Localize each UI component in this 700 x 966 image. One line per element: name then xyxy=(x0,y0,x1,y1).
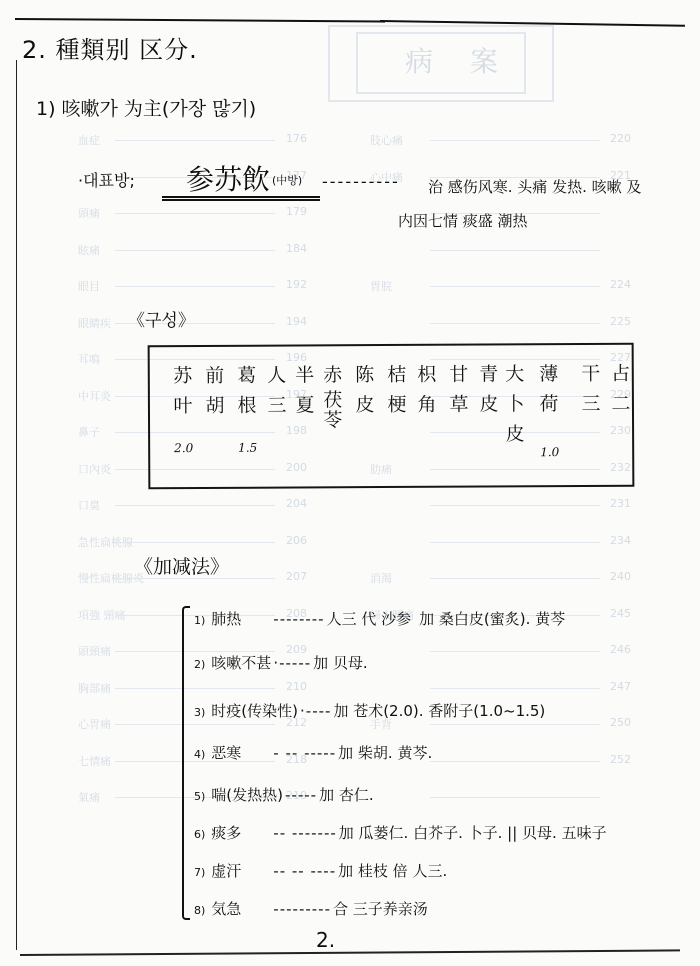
ghost-entry-right-number: 240 xyxy=(610,570,631,583)
ghost-leader-line xyxy=(430,761,600,762)
ghost-entry-left-number: 210 xyxy=(286,680,307,693)
herb-name-bottom: 二 xyxy=(608,389,634,419)
item-condition: 喘(发热热) xyxy=(211,784,283,805)
item-leader-dashes: -- ------- xyxy=(273,824,336,842)
item-condition: 虚汗 xyxy=(211,860,271,881)
herb-name-bottom: 三 xyxy=(578,389,604,419)
ghost-entry-right-number: 231 xyxy=(610,497,631,510)
ghost-leader-line xyxy=(430,250,600,251)
herb-name-top: 占 xyxy=(608,359,634,389)
ghost-entry-right-number: 245 xyxy=(610,607,631,620)
herb-name-bottom: 皮 xyxy=(502,419,528,449)
herb-column: 干三 xyxy=(578,359,604,419)
ghost-entry-left-number: 207 xyxy=(286,570,307,583)
ghost-entry-right-number: 234 xyxy=(610,534,631,547)
item-condition: 気急 xyxy=(211,898,271,919)
ghost-entry-left-number: 194 xyxy=(286,315,307,328)
herb-name-bottom: 角 xyxy=(414,390,440,420)
ghost-entry-left-number: 204 xyxy=(286,497,307,510)
herb-name-top: 干 xyxy=(578,359,604,389)
formula-origin-note: (中방) xyxy=(272,172,302,188)
herb-name-bottom: 草 xyxy=(446,390,472,420)
leader-dashes: ---------- xyxy=(322,172,400,191)
ghost-entry-left: 眼目 xyxy=(78,278,100,294)
item-leader-dashes: ·----- xyxy=(273,654,311,672)
herb-name-bottom: 胡 xyxy=(202,391,228,421)
item-leader-dashes: ·---- xyxy=(300,702,331,720)
item-extra: 加 桑白皮(蜜炙). 黄芩 xyxy=(419,610,565,628)
modification-item: 7)虚汗-- -- ----加 桂枝 倍 人三. xyxy=(194,860,455,881)
item-number: 3) xyxy=(194,706,205,719)
item-number: 7) xyxy=(194,866,205,879)
ghost-entry-left: 耳鳴 xyxy=(78,351,100,367)
herb-column: 薄荷 xyxy=(536,359,562,419)
herb-name-top: 葛 xyxy=(234,361,260,391)
herb-column: 甘草 xyxy=(446,360,472,420)
ghost-leader-line xyxy=(430,505,600,506)
herb-column: 大卜皮 xyxy=(502,359,528,449)
ghost-entry-right: 胃脘 xyxy=(370,278,392,294)
herb-name-top: 赤 xyxy=(320,360,346,390)
ghost-leader-line xyxy=(430,140,600,141)
ghost-title-text: 病 案 xyxy=(405,40,512,80)
herb-dose: 1.0 xyxy=(540,445,559,459)
formula-double-underline xyxy=(162,196,320,198)
herb-name-bottom: 皮 xyxy=(476,389,502,419)
item-condition: 咳嗽不甚 xyxy=(211,652,271,673)
item-number: 8) xyxy=(194,904,205,917)
item-action: 加 柴胡. 黄芩. xyxy=(338,744,432,762)
herb-column: 葛根 xyxy=(234,361,260,421)
item-leader-dashes: -------- xyxy=(273,610,324,628)
ghost-entry-left: 眼睛疾 xyxy=(78,315,111,331)
section-title: 2. 種類别 区分. xyxy=(22,30,198,65)
herb-name-bottom: 三 xyxy=(264,391,290,421)
herb-name-bottom: 梗 xyxy=(384,390,410,420)
item-condition: 痰多 xyxy=(211,822,271,843)
item-number: 1) xyxy=(194,614,205,627)
ghost-entry-right: 肢心痛 xyxy=(370,132,403,148)
modification-item: 5)喘(发热热)-----加 杏仁. xyxy=(194,784,382,805)
ghost-leader-line xyxy=(430,688,600,689)
ghost-entry-left-number: 206 xyxy=(286,534,307,547)
modification-item: 2)咳嗽不甚·-----加 贝母. xyxy=(194,652,376,673)
item-condition: 时疫(传染性) xyxy=(211,700,298,721)
ghost-leader-line xyxy=(115,542,275,543)
herb-name-top: 枳 xyxy=(414,360,440,390)
ghost-entry-left: 心胃痛 xyxy=(78,716,111,732)
ghost-entry-right-number: 225 xyxy=(610,315,631,328)
ghost-entry-right-number: 246 xyxy=(610,643,631,656)
ghost-entry-left: 口臭 xyxy=(78,497,100,513)
item-number: 6) xyxy=(194,828,205,841)
ghost-entry-right: 消渴 xyxy=(370,570,392,586)
ghost-entry-left: 血症 xyxy=(78,132,100,148)
item-action: 加 瓜蒌仁. 白芥子. 卜子. || 贝母. 五味子 xyxy=(339,824,607,842)
herb-column: 占二 xyxy=(608,359,634,419)
ghost-entry-left: 頭頸痛 xyxy=(78,643,111,659)
item-action: 人三 代 沙参 xyxy=(327,610,412,628)
item-action: 加 贝母. xyxy=(313,654,368,672)
herb-column: 陈皮 xyxy=(352,360,378,420)
item-number: 2) xyxy=(194,658,205,671)
herb-column: 半夏 xyxy=(292,360,318,420)
item-action: 加 桂枝 倍 人三. xyxy=(338,862,447,880)
ghost-entry-right-number: 250 xyxy=(610,716,631,729)
herb-name-top: 薄 xyxy=(536,359,562,389)
representative-formula-label: ·대표방; xyxy=(78,168,135,191)
top-border-line xyxy=(15,18,385,23)
left-margin-line xyxy=(16,60,17,950)
ghost-leader-line xyxy=(115,505,275,506)
herb-name-top: 陈 xyxy=(352,360,378,390)
indication-line-2: 内因七情 痰盛 潮热 xyxy=(398,210,528,231)
ghost-leader-line xyxy=(115,724,275,725)
page-number: 2. xyxy=(316,928,335,952)
herb-dose: 2.0 xyxy=(174,441,193,455)
herb-column: 枳角 xyxy=(414,360,440,420)
item-number: 4) xyxy=(194,748,205,761)
herb-name-top: 甘 xyxy=(446,360,472,390)
ghost-leader-line xyxy=(430,323,600,324)
herb-column: 苏叶 xyxy=(170,361,196,421)
ghost-leader-line xyxy=(430,797,600,798)
ghost-entry-left: 眩痛 xyxy=(78,242,100,258)
ghost-entry-left: 七情痛 xyxy=(78,753,111,769)
ghost-entry-left: 鼻子 xyxy=(78,424,100,440)
herb-column: 前胡 xyxy=(202,361,228,421)
herb-name-top: 前 xyxy=(202,361,228,391)
representative-formula-name: 参苏飲 xyxy=(186,158,270,198)
item-number: 5) xyxy=(194,790,205,803)
ghost-entry-right-number: 252 xyxy=(610,753,631,766)
herb-column: 桔梗 xyxy=(384,360,410,420)
modification-item: 6)痰多-- -------加 瓜蒌仁. 白芥子. 卜子. || 贝母. 五味子 xyxy=(194,822,615,843)
ghost-leader-line xyxy=(115,213,275,214)
herb-name-bottom: 皮 xyxy=(352,390,378,420)
item-leader-dashes: ----- xyxy=(285,786,317,804)
ghost-entry-left: 口內炎 xyxy=(78,461,111,477)
herb-column: 赤茯苓 xyxy=(320,360,346,430)
herb-name-bottom: 夏 xyxy=(292,390,318,420)
item-condition: 肺热 xyxy=(211,608,271,629)
ghost-entry-left: 胸部痛 xyxy=(78,680,111,696)
ghost-entry-left: 氣痛 xyxy=(78,789,100,805)
modification-item: 3)时疫(传染性)·----加 苍术(2.0). 香附子(1.0~1.5) xyxy=(194,700,553,721)
herb-name-top: 人 xyxy=(264,361,290,391)
herb-name-top: 青 xyxy=(476,359,502,389)
item-action: 加 苍术(2.0). 香附子(1.0~1.5) xyxy=(333,702,545,720)
herb-name-top: 苏 xyxy=(170,361,196,391)
herb-name-bottom: 荷 xyxy=(536,389,562,419)
modifications-heading: 《加减法》 xyxy=(134,552,229,579)
ghost-leader-line xyxy=(430,651,600,652)
ghost-entry-right-number: 247 xyxy=(610,680,631,693)
herb-column: 青皮 xyxy=(476,359,502,419)
item-leader-dashes: --------- xyxy=(273,900,331,918)
item-action: 合 三子养亲汤 xyxy=(333,900,428,918)
herb-name-top: 桔 xyxy=(384,360,410,390)
ghost-leader-line xyxy=(430,542,600,543)
ghost-leader-line xyxy=(115,140,275,141)
item-leader-dashes: - -- ----- xyxy=(273,744,336,762)
ghost-leader-line xyxy=(430,724,600,725)
subsection-title: 1) 咳嗽가 为主(가장 많기) xyxy=(36,94,256,121)
herb-name-top: 大卜 xyxy=(502,359,528,419)
ghost-entry-left-number: 192 xyxy=(286,278,307,291)
modifications-bracket xyxy=(182,606,190,920)
ghost-entry-right-number: 224 xyxy=(610,278,631,291)
composition-box: 苏叶2.0前胡葛根1.5人三半夏赤茯苓陈皮桔梗枳角甘草青皮大卜皮薄荷1.0干三占… xyxy=(148,343,635,490)
modification-item: 8)気急---------合 三子养亲汤 xyxy=(194,898,436,919)
ghost-entry-left-number: 176 xyxy=(286,132,307,145)
ghost-leader-line xyxy=(430,286,600,287)
bottom-border-line xyxy=(20,949,680,956)
herb-name-bottom: 叶 xyxy=(170,391,196,421)
scanned-page: 病 案 血症176肢心痛220177心中痛221頭痛179眩痛184眼目192胃… xyxy=(0,0,700,966)
item-action: 加 杏仁. xyxy=(319,786,374,804)
ghost-leader-line xyxy=(115,286,275,287)
indication-line-1: 治 感伤风寒. 头痛 发热. 咳嗽 及 xyxy=(428,176,641,197)
ghost-entry-right-number: 220 xyxy=(610,132,631,145)
ghost-leader-line xyxy=(430,578,600,579)
herb-column: 人三 xyxy=(264,361,290,421)
ghost-entry-left-number: 184 xyxy=(286,242,307,255)
ghost-leader-line xyxy=(115,688,275,689)
herb-name-bottom: 根 xyxy=(234,391,260,421)
ghost-entry-left: 頭痛 xyxy=(78,205,100,221)
item-leader-dashes: -- -- ---- xyxy=(273,862,336,880)
modification-item: 1)肺热--------人三 代 沙参加 桑白皮(蜜炙). 黄芩 xyxy=(194,608,565,629)
herb-dose: 1.5 xyxy=(238,441,257,455)
composition-heading: 《구성》 xyxy=(128,306,195,331)
ghost-entry-left: 中耳炎 xyxy=(78,388,111,404)
herb-name-bottom: 茯苓 xyxy=(323,390,343,430)
modification-item: 4)恶寒- -- -----加 柴胡. 黄芩. xyxy=(194,742,440,763)
ghost-entry-left-number: 179 xyxy=(286,205,307,218)
item-condition: 恶寒 xyxy=(211,742,271,763)
ghost-leader-line xyxy=(115,250,275,251)
herb-name-top: 半 xyxy=(292,360,318,390)
